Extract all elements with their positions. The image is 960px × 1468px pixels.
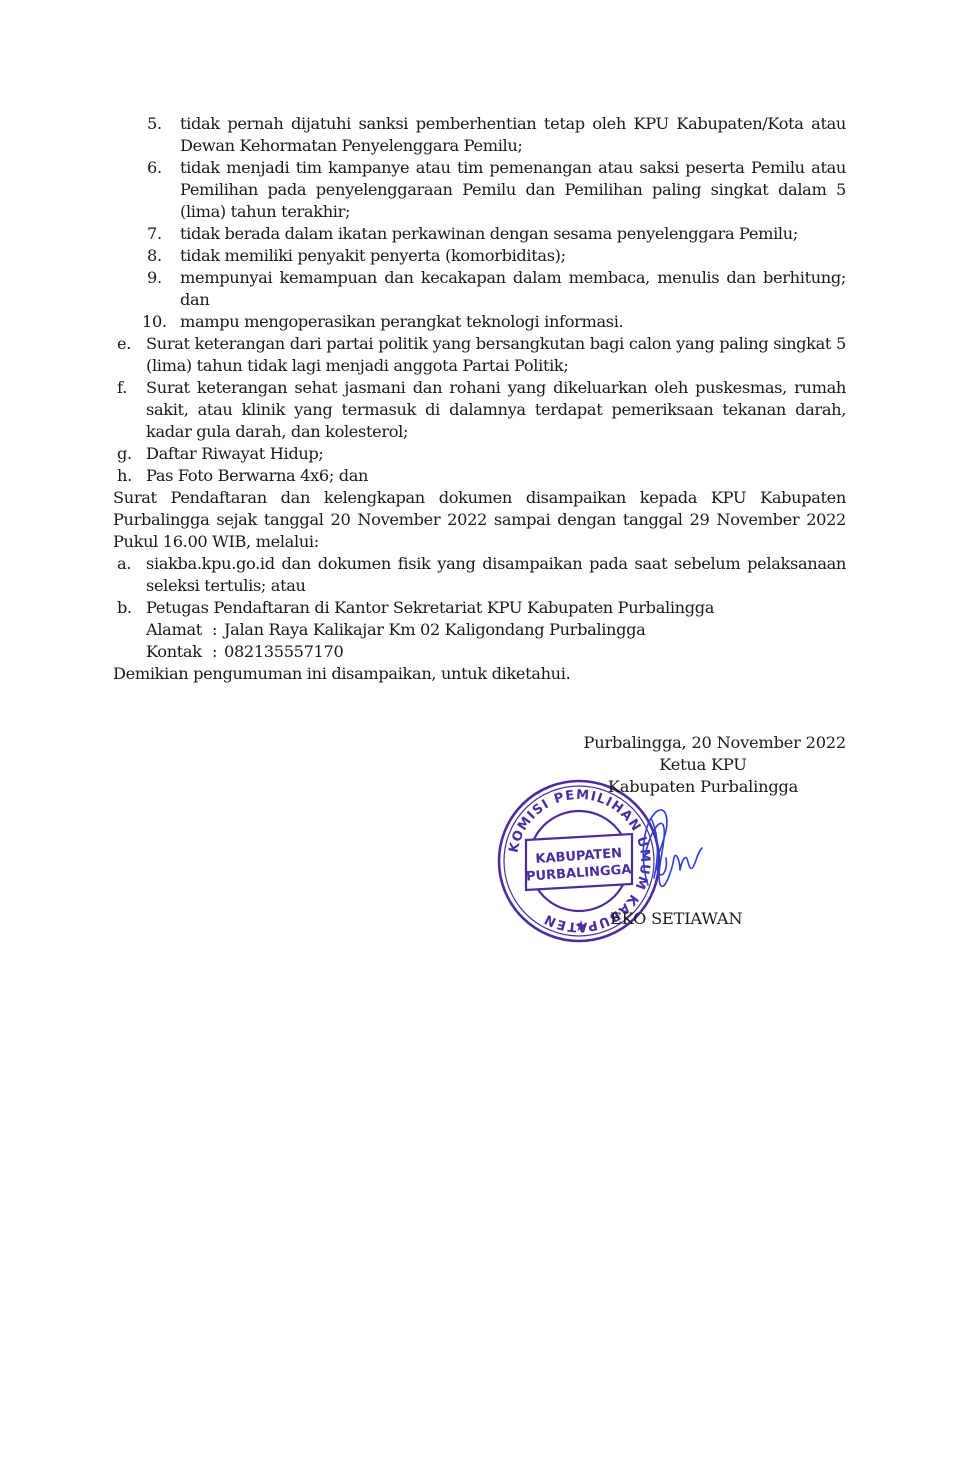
item-marker: 9. bbox=[147, 267, 162, 289]
contact-separator: : bbox=[212, 641, 224, 663]
item-marker: 7. bbox=[147, 223, 162, 245]
closing-sentence: Demikian pengumuman ini disampaikan, unt… bbox=[113, 663, 846, 685]
item-text: Surat keterangan dari partai politik yan… bbox=[146, 334, 846, 375]
numbered-item-5: 5. tidak pernah dijatuhi sanksi pemberhe… bbox=[113, 113, 846, 157]
submission-paragraph: Surat Pendaftaran dan kelengkapan dokume… bbox=[113, 487, 846, 553]
numbered-item-10: 10. mampu mengoperasikan perangkat tekno… bbox=[113, 311, 846, 333]
item-text: Surat keterangan sehat jasmani dan rohan… bbox=[146, 378, 846, 441]
address-line: Alamat : Jalan Raya Kalikajar Km 02 Kali… bbox=[113, 619, 846, 641]
svg-text:★: ★ bbox=[574, 917, 587, 935]
address-separator: : bbox=[212, 619, 224, 641]
contact-label: Kontak bbox=[146, 641, 212, 663]
item-marker: 5. bbox=[147, 113, 162, 135]
item-marker: e. bbox=[117, 333, 131, 355]
item-text: tidak menjadi tim kampanye atau tim peme… bbox=[180, 158, 846, 221]
item-marker: f. bbox=[117, 377, 127, 399]
signature-block: Purbalingga, 20 November 2022 Ketua KPU … bbox=[500, 732, 846, 798]
lettered-item-e: e. Surat keterangan dari partai politik … bbox=[113, 333, 846, 377]
item-text: mempunyai kemampuan dan kecakapan dalam … bbox=[180, 268, 846, 309]
item-text: tidak pernah dijatuhi sanksi pemberhenti… bbox=[180, 114, 846, 155]
numbered-item-6: 6. tidak menjadi tim kampanye atau tim p… bbox=[113, 157, 846, 223]
item-text: siakba.kpu.go.id dan dokumen fisik yang … bbox=[146, 554, 846, 595]
lettered-item-g: g. Daftar Riwayat Hidup; bbox=[113, 443, 846, 465]
numbered-item-8: 8. tidak memiliki penyakit penyerta (kom… bbox=[113, 245, 846, 267]
signatory-name: EKO SETIAWAN bbox=[610, 908, 742, 930]
item-marker: b. bbox=[117, 597, 132, 619]
item-marker: g. bbox=[117, 443, 132, 465]
address-label: Alamat bbox=[146, 619, 212, 641]
numbered-item-7: 7. tidak berada dalam ikatan perkawinan … bbox=[113, 223, 846, 245]
item-text: Petugas Pendaftaran di Kantor Sekretaria… bbox=[146, 598, 714, 617]
contact-line: Kontak : 082135557170 bbox=[113, 641, 846, 663]
item-marker: h. bbox=[117, 465, 132, 487]
signatory-title-line2: Kabupaten Purbalingga bbox=[500, 776, 846, 798]
item-text: Daftar Riwayat Hidup; bbox=[146, 444, 324, 463]
numbered-item-9: 9. mempunyai kemampuan dan kecakapan dal… bbox=[113, 267, 846, 311]
item-text: tidak berada dalam ikatan perkawinan den… bbox=[180, 224, 798, 243]
item-text: Pas Foto Berwarna 4x6; dan bbox=[146, 466, 368, 485]
item-text: mampu mengoperasikan perangkat teknologi… bbox=[180, 312, 623, 331]
item-marker: 6. bbox=[147, 157, 162, 179]
channel-item-a: a. siakba.kpu.go.id dan dokumen fisik ya… bbox=[113, 553, 846, 597]
lettered-item-f: f. Surat keterangan sehat jasmani dan ro… bbox=[113, 377, 846, 443]
item-marker: 10. bbox=[142, 311, 167, 333]
contact-value: 082135557170 bbox=[224, 641, 343, 663]
lettered-item-h: h. Pas Foto Berwarna 4x6; dan bbox=[113, 465, 846, 487]
channel-item-b: b. Petugas Pendaftaran di Kantor Sekreta… bbox=[113, 597, 846, 619]
handwritten-signature-icon bbox=[636, 800, 706, 900]
item-marker: a. bbox=[117, 553, 131, 575]
item-text: tidak memiliki penyakit penyerta (komorb… bbox=[180, 246, 566, 265]
place-and-date: Purbalingga, 20 November 2022 bbox=[500, 732, 846, 754]
item-marker: 8. bbox=[147, 245, 162, 267]
address-value: Jalan Raya Kalikajar Km 02 Kaligondang P… bbox=[224, 619, 645, 641]
document-body: 5. tidak pernah dijatuhi sanksi pemberhe… bbox=[113, 113, 846, 685]
signatory-title-line1: Ketua KPU bbox=[500, 754, 846, 776]
